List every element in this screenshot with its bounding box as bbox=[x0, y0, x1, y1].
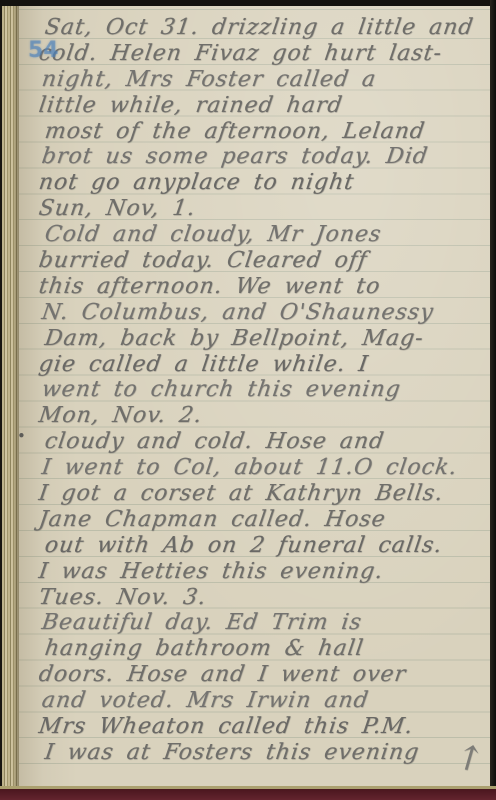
handwriting-line: N. Columbus, and O'Shaunessy bbox=[40, 300, 491, 326]
handwriting-line: Sat, Oct 31. drizzling a little and bbox=[43, 15, 491, 41]
handwriting-line: I got a corset at Kathryn Bells. bbox=[37, 481, 491, 507]
handwriting-line: doors. Hose and I went over bbox=[37, 662, 491, 688]
binding-page-edges bbox=[0, 0, 19, 800]
handwriting-line: I was at Fosters this evening bbox=[43, 740, 491, 766]
handwriting-line: this afternoon. We went to bbox=[37, 274, 491, 300]
handwriting-line: little while, rained hard bbox=[37, 93, 491, 119]
handwriting-line: out with Ab on 2 funeral calls. bbox=[43, 533, 491, 559]
handwriting-line: Mon, Nov. 2. bbox=[37, 403, 491, 429]
handwriting-lines: Sat, Oct 31. drizzling a little andcold.… bbox=[37, 15, 487, 766]
page-number-stamp: 54 bbox=[28, 38, 59, 63]
handwriting-line: Tues. Nov. 3. bbox=[37, 585, 491, 611]
handwriting-line: brot us some pears today. Did bbox=[40, 144, 491, 170]
handwriting-line: I went to Col, about 11.O clock. bbox=[40, 455, 491, 481]
handwriting-line: cold. Helen Fivaz got hurt last- bbox=[37, 41, 491, 67]
cover-bottom-edge bbox=[0, 789, 496, 800]
handwriting-line: Cold and cloudy, Mr Jones bbox=[43, 222, 491, 248]
handwriting-line: Sun, Nov, 1. bbox=[37, 196, 491, 222]
handwriting-line: cloudy and cold. Hose and bbox=[43, 429, 491, 455]
handwriting-line: I was Hetties this evening. bbox=[37, 559, 491, 585]
cover-right-edge bbox=[490, 0, 496, 800]
handwriting-line: Mrs Wheaton called this P.M. bbox=[37, 714, 491, 740]
handwriting-line: went to church this evening bbox=[40, 377, 491, 403]
handwriting-line: gie called a little while. I bbox=[37, 352, 491, 378]
handwriting-line: not go anyplace to night bbox=[37, 170, 491, 196]
handwriting-line: Jane Chapman called. Hose bbox=[37, 507, 491, 533]
handwriting-line: night, Mrs Foster called a bbox=[40, 67, 491, 93]
handwriting-line: hanging bathroom & hall bbox=[43, 636, 491, 662]
handwriting-line: burried today. Cleared off bbox=[37, 248, 491, 274]
handwriting-line: and voted. Mrs Irwin and bbox=[40, 688, 491, 714]
handwriting-line: Beautiful day. Ed Trim is bbox=[40, 610, 491, 636]
diary-page-photo: Sat, Oct 31. drizzling a little andcold.… bbox=[0, 0, 496, 800]
handwriting-line: Dam, back by Bellpoint, Mag- bbox=[43, 326, 491, 352]
handwriting-line: most of the afternoon, Leland bbox=[43, 119, 491, 145]
notebook-page: Sat, Oct 31. drizzling a little andcold.… bbox=[17, 6, 490, 786]
cover-top-edge bbox=[0, 0, 496, 6]
